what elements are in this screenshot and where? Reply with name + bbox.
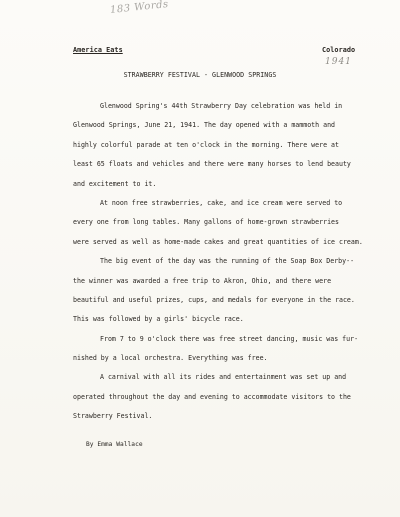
- text-line: every one from long tables. Many gallons…: [73, 213, 373, 232]
- paragraph-1: Glenwood Spring's 44th Strawberry Day ce…: [73, 97, 373, 194]
- paragraph-3: The big event of the day was the running…: [73, 252, 373, 330]
- text-line: At noon free strawberries, cake, and ice…: [73, 194, 373, 213]
- document-title: STRAWBERRY FESTIVAL - GLENWOOD SPRINGS: [0, 72, 400, 79]
- handwritten-year: 1941: [325, 57, 352, 67]
- text-line: and excitement to it.: [73, 175, 373, 194]
- paragraph-4: From 7 to 9 o'clock there was free stree…: [73, 330, 373, 369]
- text-line: The big event of the day was the running…: [73, 252, 373, 271]
- paragraph-2: At noon free strawberries, cake, and ice…: [73, 194, 373, 252]
- text-line: nished by a local orchestra. Everything …: [73, 349, 373, 368]
- text-line: A carnival with all its rides and entert…: [73, 368, 373, 387]
- text-line: Glenwood Springs, June 21, 1941. The day…: [73, 116, 373, 135]
- document-body: Glenwood Spring's 44th Strawberry Day ce…: [73, 97, 373, 427]
- text-line: were served as well as home-made cakes a…: [73, 233, 373, 252]
- text-line: the winner was awarded a free trip to Ak…: [73, 272, 373, 291]
- text-line: Strawberry Festival.: [73, 407, 373, 426]
- text-line: operated throughout the day and evening …: [73, 388, 373, 407]
- text-line: highly colorful parade at ten o'clock in…: [73, 136, 373, 155]
- handwritten-word-count: 183 Words: [110, 0, 170, 16]
- series-heading: America Eats: [73, 47, 123, 54]
- text-line: This was followed by a girls' bicycle ra…: [73, 310, 373, 329]
- text-line: beautiful and useful prizes, cups, and m…: [73, 291, 373, 310]
- text-line: Glenwood Spring's 44th Strawberry Day ce…: [73, 97, 373, 116]
- text-line: least 65 floats and vehicles and there w…: [73, 155, 373, 174]
- text-line: From 7 to 9 o'clock there was free stree…: [73, 330, 373, 349]
- paragraph-5: A carnival with all its rides and entert…: [73, 368, 373, 426]
- author-byline: By Emma Wallace: [86, 442, 143, 448]
- document-page: 183 Words America Eats Colorado 1941 STR…: [0, 0, 400, 517]
- state-heading: Colorado: [322, 47, 355, 54]
